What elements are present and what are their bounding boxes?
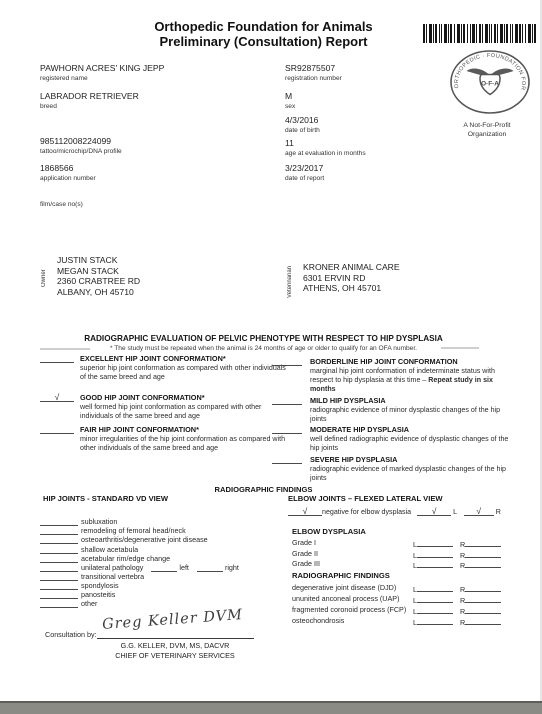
check-line [272,396,302,405]
ofa-report-page: Orthopedic Foundation for Animals Prelim… [0,0,542,714]
findings-section-title: RADIOGRAPHIC FINDINGS [0,485,527,494]
checkmark: √ [303,506,308,516]
field-tattoo-microchip: 985112008224099 tattoo/microchip/DNA pro… [40,137,122,156]
hip-finding-row-unilateral: unilateral pathology left right [40,563,239,572]
owner-line: 2360 CRABTREE RD [57,276,140,287]
hip-finding-row: subluxation [40,517,239,526]
elbow-negative-row: √negative for elbow dysplasia √ L √ R [288,506,501,516]
field-breed: LABRADOR RETRIEVER breed [40,92,139,111]
field-date-of-birth: 4/3/2016 date of birth [285,116,320,135]
checkmark: √ [55,392,60,402]
veterinarian-line: 6301 ERVIN RD [303,273,400,284]
option-mild: MILD HIP DYSPLASIA radiographic evidence… [272,396,522,424]
seal-center-text: O·F·A [481,81,499,88]
ofa-seal: ORTHOPEDIC · FOUNDATION FOR ANIMALS · O·… [448,48,532,121]
veterinarian-line: KRONER ANIMAL CARE [303,262,400,273]
hip-finding-row: shallow acetabula [40,544,239,553]
field-film-case: film/case no(s) [40,200,83,209]
veterinarian-label: Veterinarian [287,258,293,306]
field-registered-name: PAWHORN ACRES' KING JEPP registered name [40,64,164,83]
seal-tagline: A Not-For-Profit Organization [432,122,542,139]
scan-artifact-dash [40,348,90,350]
hip-findings-list: subluxation remodeling of femoral head/n… [40,517,239,608]
check-line [40,425,74,434]
check-line: √ [40,393,74,402]
check-line [40,354,74,363]
barcode [423,24,537,43]
checkmark: √ [432,506,437,516]
elbow-grade-row: Grade II L R [292,549,540,560]
elbow-grade-row: Grade III L R [292,559,540,570]
hip-joints-title: HIP JOINTS - STANDARD VD VIEW [43,494,168,503]
hip-finding-row: remodeling of femoral head/neck [40,526,239,535]
option-moderate: MODERATE HIP DYSPLASIA well defined radi… [272,425,522,453]
elbow-findings-title: RADIOGRAPHIC FINDINGS [292,571,390,580]
evaluation-section-title: RADIOGRAPHIC EVALUATION OF PELVIC PHENOT… [0,334,527,343]
consultant-name: G.G. KELLER, DVM, MS, DACVR [95,641,255,650]
owner-line: ALBANY, OH 45710 [57,287,140,298]
checkmark: √ [476,506,481,516]
elbow-grade-row: Grade I L R [292,538,540,549]
elbow-finding-row: degenerative joint disease (DJD) L R [292,583,540,594]
field-age-at-evaluation: 11 age at evaluation in months [285,139,366,158]
consultation-by-label: Consultation by: [45,630,97,639]
check-line [272,425,302,434]
field-sex: M sex [285,92,295,111]
check-line: √ [417,506,451,516]
owner-address: JUSTIN STACK MEGAN STACK 2360 CRABTREE R… [57,255,140,297]
option-fair: FAIR HIP JOINT CONFORMATION* minor irreg… [40,425,296,453]
hip-finding-row: osteoarthritis/degenerative joint diseas… [40,535,239,544]
elbow-finding-row: osteochondrosis L R [292,616,540,627]
field-date-of-report: 3/23/2017 date of report [285,164,324,183]
hip-finding-row: transitional vertebra [40,572,239,581]
option-excellent: EXCELLENT HIP JOINT CONFORMATION* superi… [40,354,296,382]
scan-artifact-dash [441,347,479,349]
veterinarian-address: KRONER ANIMAL CARE 6301 ERVIN RD ATHENS,… [303,262,400,294]
elbow-finding-row: fragmented coronoid process (FCP) L R [292,605,540,616]
hip-finding-row: spondylosis [40,581,239,590]
elbow-joints-title: ELBOW JOINTS – FLEXED LATERAL VIEW [288,494,443,503]
field-application-number: 1868566 application number [40,164,96,183]
check-line [272,357,302,366]
veterinarian-line: ATHENS, OH 45701 [303,283,400,294]
hip-finding-row: panosteitis [40,590,239,599]
field-registration-number: SR92875507 registration number [285,64,342,83]
hip-finding-row: acetabular rim/edge change [40,554,239,563]
consultant-title: CHIEF OF VETERINARY SERVICES [95,651,255,660]
elbow-dysplasia-title: ELBOW DYSPLASIA [292,527,366,536]
option-borderline: BORDERLINE HIP JOINT CONFORMATION margin… [272,357,522,395]
window-bottom-bar [0,701,542,714]
check-line [272,455,302,464]
option-good: √ GOOD HIP JOINT CONFORMATION* well form… [40,393,296,421]
check-line: √ [288,506,322,516]
hip-finding-row: other [40,599,239,608]
elbow-finding-row: ununited anconeal process (UAP) L R [292,594,540,605]
owner-line: JUSTIN STACK [57,255,140,266]
owner-label: Owner [41,256,47,300]
check-line: √ [464,506,494,516]
option-severe: SEVERE HIP DYSPLASIA radiographic eviden… [272,455,522,483]
owner-line: MEGAN STACK [57,266,140,277]
